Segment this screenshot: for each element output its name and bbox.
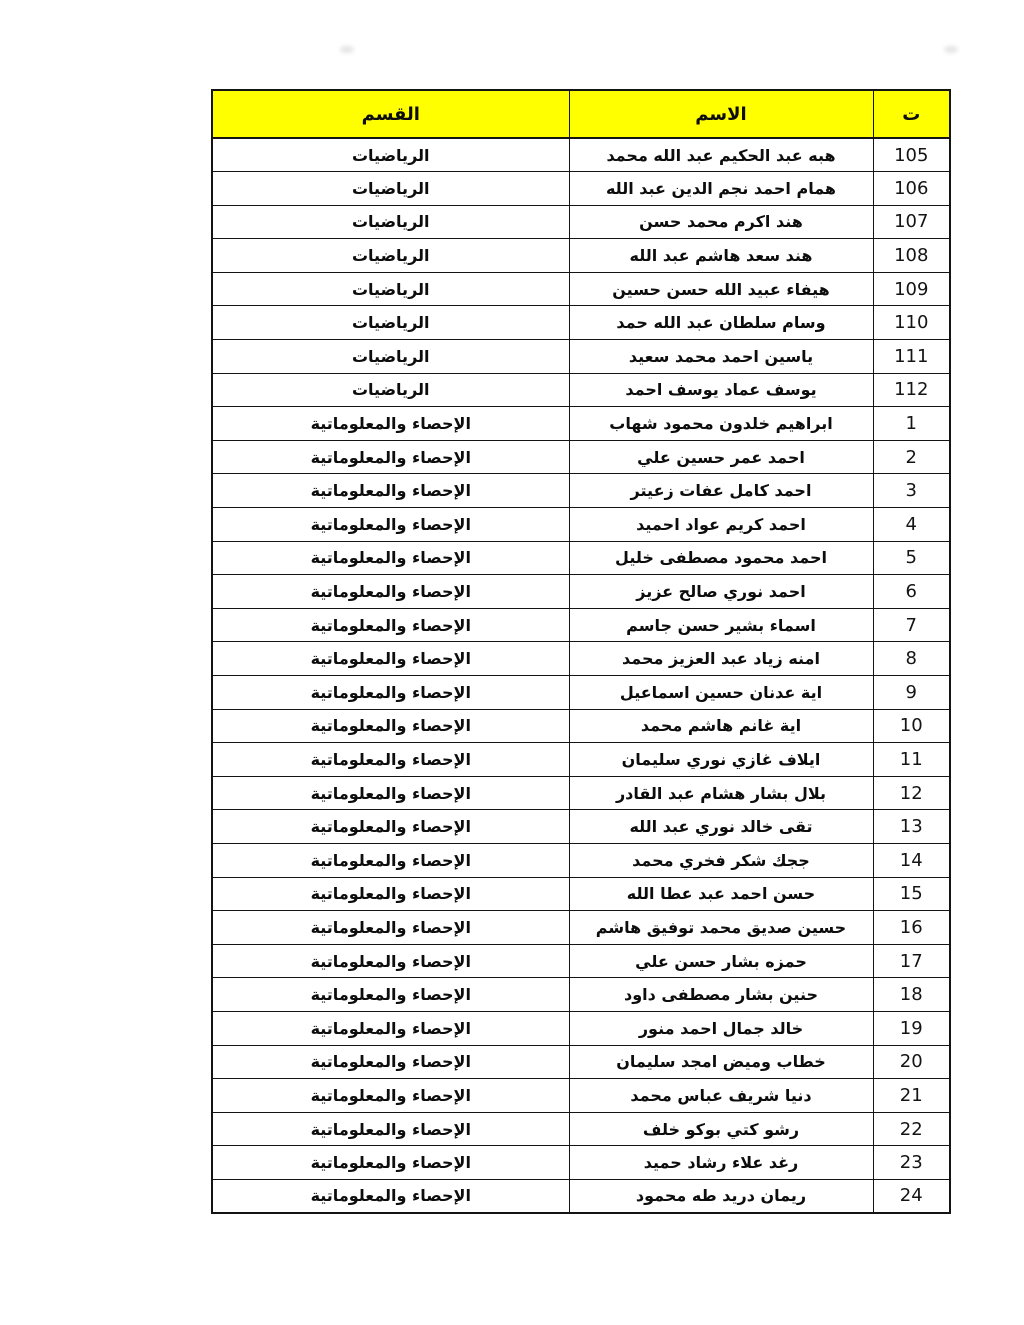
department: الإحصاء والمعلوماتية <box>212 843 569 877</box>
row-number: 9 <box>873 676 950 710</box>
table-row: 109 هيفاء عبيد الله حسن حسين الرياضيات <box>212 272 950 306</box>
table-row: 15 حسن احمد عبد عطا الله الإحصاء والمعلو… <box>212 877 950 911</box>
student-name: خالد جمال احمد منور <box>569 1011 873 1045</box>
student-name: هبه عبد الحكيم عبد الله محمد <box>569 138 873 172</box>
department: الإحصاء والمعلوماتية <box>212 440 569 474</box>
student-name: حمزه بشار حسن علي <box>569 944 873 978</box>
table-header: ت الاسم القسم <box>212 90 950 138</box>
department: الرياضيات <box>212 340 569 374</box>
department: الإحصاء والمعلوماتية <box>212 1179 569 1213</box>
scan-smudge <box>944 46 958 53</box>
department: الإحصاء والمعلوماتية <box>212 877 569 911</box>
row-number: 108 <box>873 239 950 273</box>
department: الرياضيات <box>212 172 569 206</box>
table-row: 20 خطاب وميض امجد سليمان الإحصاء والمعلو… <box>212 1045 950 1079</box>
department: الإحصاء والمعلوماتية <box>212 608 569 642</box>
table-row: 24 ريمان دريد طه محمود الإحصاء والمعلوما… <box>212 1179 950 1213</box>
header-department: القسم <box>212 90 569 138</box>
row-number: 112 <box>873 373 950 407</box>
row-number: 11 <box>873 743 950 777</box>
department: الإحصاء والمعلوماتية <box>212 1045 569 1079</box>
row-number: 16 <box>873 911 950 945</box>
row-number: 105 <box>873 138 950 172</box>
table-row: 5 احمد محمود مصطفى خليل الإحصاء والمعلوم… <box>212 541 950 575</box>
department: الإحصاء والمعلوماتية <box>212 743 569 777</box>
header-name: الاسم <box>569 90 873 138</box>
table-row: 6 احمد نوري صالح عزيز الإحصاء والمعلومات… <box>212 575 950 609</box>
scan-smudge <box>340 46 354 53</box>
department: الإحصاء والمعلوماتية <box>212 978 569 1012</box>
row-number: 2 <box>873 440 950 474</box>
table-row: 3 احمد كامل عفات زعيتر الإحصاء والمعلوما… <box>212 474 950 508</box>
table-row: 106 همام احمد نجم الدين عبد الله الرياضي… <box>212 172 950 206</box>
student-name: حسن احمد عبد عطا الله <box>569 877 873 911</box>
student-name: ابراهيم خلدون محمود شهاب <box>569 407 873 441</box>
table-row: 1 ابراهيم خلدون محمود شهاب الإحصاء والمع… <box>212 407 950 441</box>
student-name: حسين صديق محمد توفيق هاشم <box>569 911 873 945</box>
department: الرياضيات <box>212 306 569 340</box>
table-row: 112 يوسف عماد يوسف احمد الرياضيات <box>212 373 950 407</box>
department: الرياضيات <box>212 239 569 273</box>
department: الإحصاء والمعلوماتية <box>212 575 569 609</box>
row-number: 10 <box>873 709 950 743</box>
student-name: وسام سلطان عبد الله حمد <box>569 306 873 340</box>
student-name: اية غانم هاشم محمد <box>569 709 873 743</box>
department: الإحصاء والمعلوماتية <box>212 810 569 844</box>
row-number: 18 <box>873 978 950 1012</box>
row-number: 22 <box>873 1112 950 1146</box>
student-name: يوسف عماد يوسف احمد <box>569 373 873 407</box>
department: الرياضيات <box>212 272 569 306</box>
student-name: ايلاف غازي نوري سليمان <box>569 743 873 777</box>
row-number: 8 <box>873 642 950 676</box>
table-row: 11 ايلاف غازي نوري سليمان الإحصاء والمعل… <box>212 743 950 777</box>
row-number: 19 <box>873 1011 950 1045</box>
row-number: 109 <box>873 272 950 306</box>
department: الإحصاء والمعلوماتية <box>212 407 569 441</box>
table-row: 2 احمد عمر حسين علي الإحصاء والمعلوماتية <box>212 440 950 474</box>
table-row: 7 اسماء بشير حسن جاسم الإحصاء والمعلومات… <box>212 608 950 642</box>
student-name: هيفاء عبيد الله حسن حسين <box>569 272 873 306</box>
table-row: 16 حسين صديق محمد توفيق هاشم الإحصاء وال… <box>212 911 950 945</box>
student-name: ياسين احمد محمد سعيد <box>569 340 873 374</box>
table-row: 12 بلال بشار هشام عبد القادر الإحصاء وال… <box>212 776 950 810</box>
department: الإحصاء والمعلوماتية <box>212 541 569 575</box>
row-number: 13 <box>873 810 950 844</box>
table-row: 9 اية عدنان حسين اسماعيل الإحصاء والمعلو… <box>212 676 950 710</box>
table-row: 10 اية غانم هاشم محمد الإحصاء والمعلومات… <box>212 709 950 743</box>
table-row: 22 رشو كتي بوكو خلف الإحصاء والمعلوماتية <box>212 1112 950 1146</box>
row-number: 23 <box>873 1146 950 1180</box>
row-number: 20 <box>873 1045 950 1079</box>
student-name: احمد محمود مصطفى خليل <box>569 541 873 575</box>
table-row: 4 احمد كريم عواد احميد الإحصاء والمعلوما… <box>212 508 950 542</box>
header-row: ت الاسم القسم <box>212 90 950 138</box>
row-number: 110 <box>873 306 950 340</box>
student-name: احمد كامل عفات زعيتر <box>569 474 873 508</box>
row-number: 15 <box>873 877 950 911</box>
student-name: بلال بشار هشام عبد القادر <box>569 776 873 810</box>
students-table: ت الاسم القسم 105 هبه عبد الحكيم عبد الل… <box>211 89 951 1214</box>
department: الإحصاء والمعلوماتية <box>212 642 569 676</box>
department: الرياضيات <box>212 138 569 172</box>
header-number: ت <box>873 90 950 138</box>
department: الرياضيات <box>212 373 569 407</box>
department: الإحصاء والمعلوماتية <box>212 911 569 945</box>
row-number: 21 <box>873 1079 950 1113</box>
table-row: 18 حنين بشار مصطفى داود الإحصاء والمعلوم… <box>212 978 950 1012</box>
table-row: 21 دنيا شريف عباس محمد الإحصاء والمعلوما… <box>212 1079 950 1113</box>
student-name: دنيا شريف عباس محمد <box>569 1079 873 1113</box>
row-number: 14 <box>873 843 950 877</box>
table-row: 13 تقى خالد نوري عبد الله الإحصاء والمعل… <box>212 810 950 844</box>
row-number: 107 <box>873 205 950 239</box>
department: الإحصاء والمعلوماتية <box>212 1112 569 1146</box>
student-name: حنين بشار مصطفى داود <box>569 978 873 1012</box>
department: الرياضيات <box>212 205 569 239</box>
student-name: هند اكرم محمد حسن <box>569 205 873 239</box>
department: الإحصاء والمعلوماتية <box>212 676 569 710</box>
row-number: 111 <box>873 340 950 374</box>
row-number: 12 <box>873 776 950 810</box>
table-body: 105 هبه عبد الحكيم عبد الله محمد الرياضي… <box>212 138 950 1213</box>
row-number: 4 <box>873 508 950 542</box>
department: الإحصاء والمعلوماتية <box>212 1079 569 1113</box>
student-name: احمد كريم عواد احميد <box>569 508 873 542</box>
student-name: رشو كتي بوكو خلف <box>569 1112 873 1146</box>
student-name: رغد علاء رشاد حميد <box>569 1146 873 1180</box>
student-name: تقى خالد نوري عبد الله <box>569 810 873 844</box>
department: الإحصاء والمعلوماتية <box>212 508 569 542</box>
table-row: 17 حمزه بشار حسن علي الإحصاء والمعلوماتي… <box>212 944 950 978</box>
student-name: امنه زياد عبد العزيز محمد <box>569 642 873 676</box>
row-number: 5 <box>873 541 950 575</box>
student-name: اية عدنان حسين اسماعيل <box>569 676 873 710</box>
student-name: ريمان دريد طه محمود <box>569 1179 873 1213</box>
table-row: 105 هبه عبد الحكيم عبد الله محمد الرياضي… <box>212 138 950 172</box>
row-number: 7 <box>873 608 950 642</box>
table-row: 8 امنه زياد عبد العزيز محمد الإحصاء والم… <box>212 642 950 676</box>
row-number: 17 <box>873 944 950 978</box>
table-row: 108 هند سعد هاشم عبد الله الرياضيات <box>212 239 950 273</box>
table-row: 19 خالد جمال احمد منور الإحصاء والمعلوما… <box>212 1011 950 1045</box>
document-page: ت الاسم القسم 105 هبه عبد الحكيم عبد الل… <box>0 0 1024 1325</box>
row-number: 3 <box>873 474 950 508</box>
table-row: 107 هند اكرم محمد حسن الرياضيات <box>212 205 950 239</box>
student-name: احمد عمر حسين علي <box>569 440 873 474</box>
department: الإحصاء والمعلوماتية <box>212 776 569 810</box>
department: الإحصاء والمعلوماتية <box>212 944 569 978</box>
department: الإحصاء والمعلوماتية <box>212 709 569 743</box>
student-name: خطاب وميض امجد سليمان <box>569 1045 873 1079</box>
department: الإحصاء والمعلوماتية <box>212 1011 569 1045</box>
department: الإحصاء والمعلوماتية <box>212 1146 569 1180</box>
table-row: 110 وسام سلطان عبد الله حمد الرياضيات <box>212 306 950 340</box>
row-number: 1 <box>873 407 950 441</box>
student-name: هند سعد هاشم عبد الله <box>569 239 873 273</box>
table-row: 111 ياسين احمد محمد سعيد الرياضيات <box>212 340 950 374</box>
table-row: 14 ججك شكر فخري محمد الإحصاء والمعلوماتي… <box>212 843 950 877</box>
row-number: 106 <box>873 172 950 206</box>
student-name: اسماء بشير حسن جاسم <box>569 608 873 642</box>
row-number: 24 <box>873 1179 950 1213</box>
table-row: 23 رغد علاء رشاد حميد الإحصاء والمعلومات… <box>212 1146 950 1180</box>
department: الإحصاء والمعلوماتية <box>212 474 569 508</box>
student-name: ججك شكر فخري محمد <box>569 843 873 877</box>
student-name: همام احمد نجم الدين عبد الله <box>569 172 873 206</box>
row-number: 6 <box>873 575 950 609</box>
student-name: احمد نوري صالح عزيز <box>569 575 873 609</box>
